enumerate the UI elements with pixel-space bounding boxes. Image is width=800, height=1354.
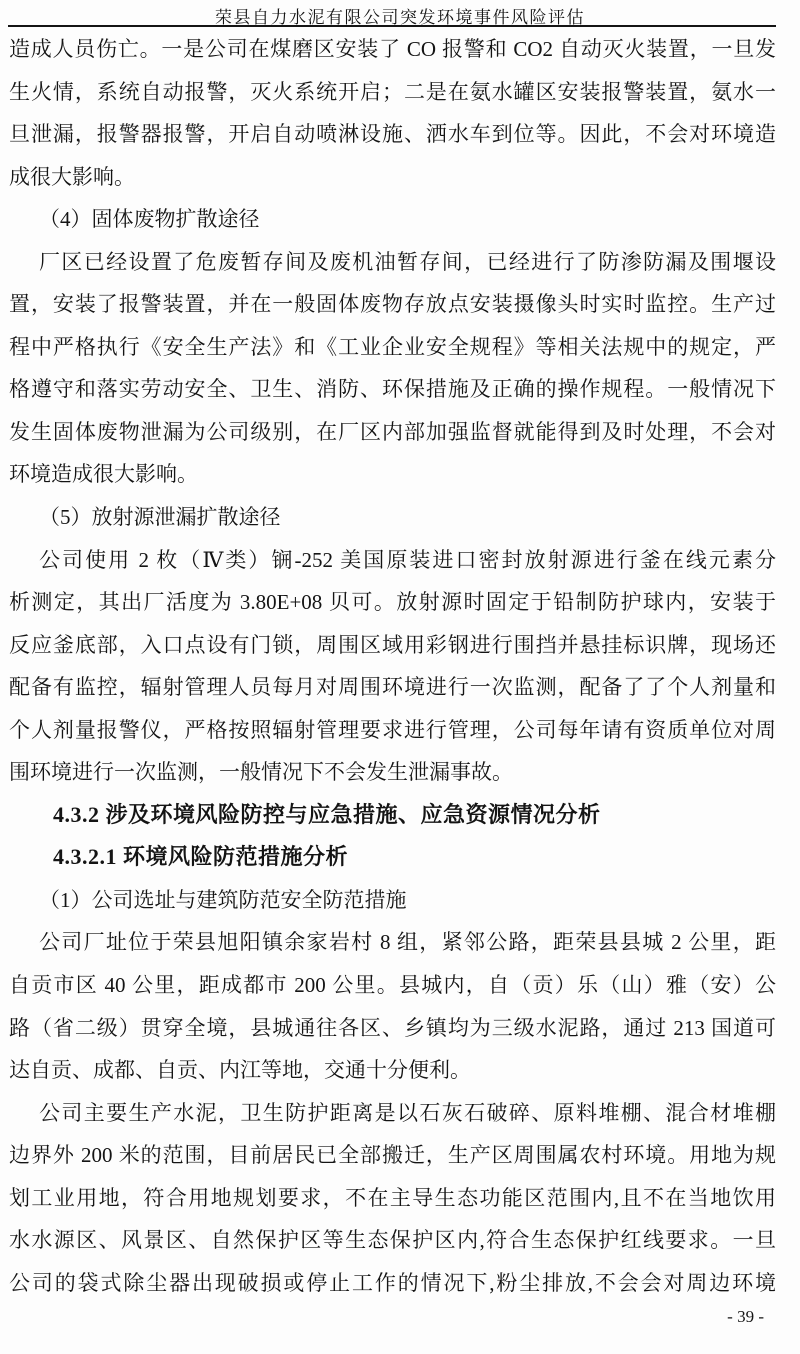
text-line: 生火情，系统自动报警，灭火系统开启；二是在氨水罐区安装报警装置，氨水一 [9, 71, 776, 114]
text-line: 造成人员伤亡。一是公司在煤磨区安装了 CO 报警和 CO2 自动灭火装置，一旦发 [9, 28, 776, 71]
text-line: 自贡市区 40 公里，距成都市 200 公里。县城内，自（贡）乐（山）雅（安）公 [9, 964, 776, 1007]
text-line: 水水源区、风景区、自然保护区等生态保护区内,符合生态保护红线要求。一旦 [9, 1219, 776, 1262]
document-page: 荣县自力水泥有限公司突发环境事件风险评估 造成人员伤亡。一是公司在煤磨区安装了 … [0, 0, 800, 1354]
section-heading: 4.3.2 涉及环境风险防控与应急措施、应急资源情况分析 [9, 794, 776, 837]
document-body: 造成人员伤亡。一是公司在煤磨区安装了 CO 报警和 CO2 自动灭火装置，一旦发… [9, 28, 776, 1304]
text-line: 路（省二级）贯穿全境，县城通往各区、乡镇均为三级水泥路，通过 213 国道可 [9, 1007, 776, 1050]
text-line: 公司主要生产水泥，卫生防护距离是以石灰石破碎、原料堆棚、混合材堆棚 [9, 1092, 776, 1135]
text-line: 公司的袋式除尘器出现破损或停止工作的情况下,粉尘排放,不会会对周边环境 [9, 1262, 776, 1305]
text-line: 配备有监控，辐射管理人员每月对周围环境进行一次监测，配备了了个人剂量和 [9, 666, 776, 709]
text-line: 环境造成很大影响。 [9, 453, 776, 496]
text-line: 达自贡、成都、自贡、内江等地，交通十分便利。 [9, 1049, 776, 1092]
text-line: （4）固体废物扩散途径 [9, 198, 776, 241]
text-line: 程中严格执行《安全生产法》和《工业企业安全规程》等相关法规中的规定，严 [9, 326, 776, 369]
text-line: （1）公司选址与建筑防范安全防范措施 [9, 879, 776, 922]
text-line: 个人剂量报警仪，严格按照辐射管理要求进行管理，公司每年请有资质单位对周 [9, 709, 776, 752]
text-line: 公司使用 2 枚（Ⅳ类）锎-252 美国原装进口密封放射源进行釜在线元素分 [9, 539, 776, 582]
text-line: 置，安装了报警装置，并在一般固体废物存放点安装摄像头时实时监控。生产过 [9, 283, 776, 326]
text-line: 析测定，其出厂活度为 3.80E+08 贝可。放射源时固定于铅制防护球内，安装于 [9, 581, 776, 624]
text-line: （5）放射源泄漏扩散途径 [9, 496, 776, 539]
text-line: 成很大影响。 [9, 156, 776, 199]
text-line: 格遵守和落实劳动安全、卫生、消防、环保措施及正确的操作规程。一般情况下 [9, 368, 776, 411]
text-line: 反应釜底部，入口点设有门锁，周围区域用彩钢进行围挡并悬挂标识牌，现场还 [9, 624, 776, 667]
text-line: 公司厂址位于荣县旭阳镇余家岩村 8 组，紧邻公路，距荣县县城 2 公里，距 [9, 921, 776, 964]
section-heading: 4.3.2.1 环境风险防范措施分析 [9, 836, 776, 879]
header-rule [8, 25, 776, 27]
page-number: - 39 - [727, 1307, 764, 1327]
text-line: 厂区已经设置了危废暂存间及废机油暂存间，已经进行了防渗防漏及围堰设 [9, 241, 776, 284]
text-line: 边界外 200 米的范围，目前居民已全部搬迁，生产区周围属农村环境。用地为规 [9, 1134, 776, 1177]
text-line: 发生固体废物泄漏为公司级别，在厂区内部加强监督就能得到及时处理，不会对 [9, 411, 776, 454]
text-line: 围环境进行一次监测，一般情况下不会发生泄漏事故。 [9, 751, 776, 794]
text-line: 划工业用地，符合用地规划要求，不在主导生态功能区范围内,且不在当地饮用 [9, 1177, 776, 1220]
text-line: 旦泄漏，报警器报警，开启自动喷淋设施、洒水车到位等。因此，不会对环境造 [9, 113, 776, 156]
